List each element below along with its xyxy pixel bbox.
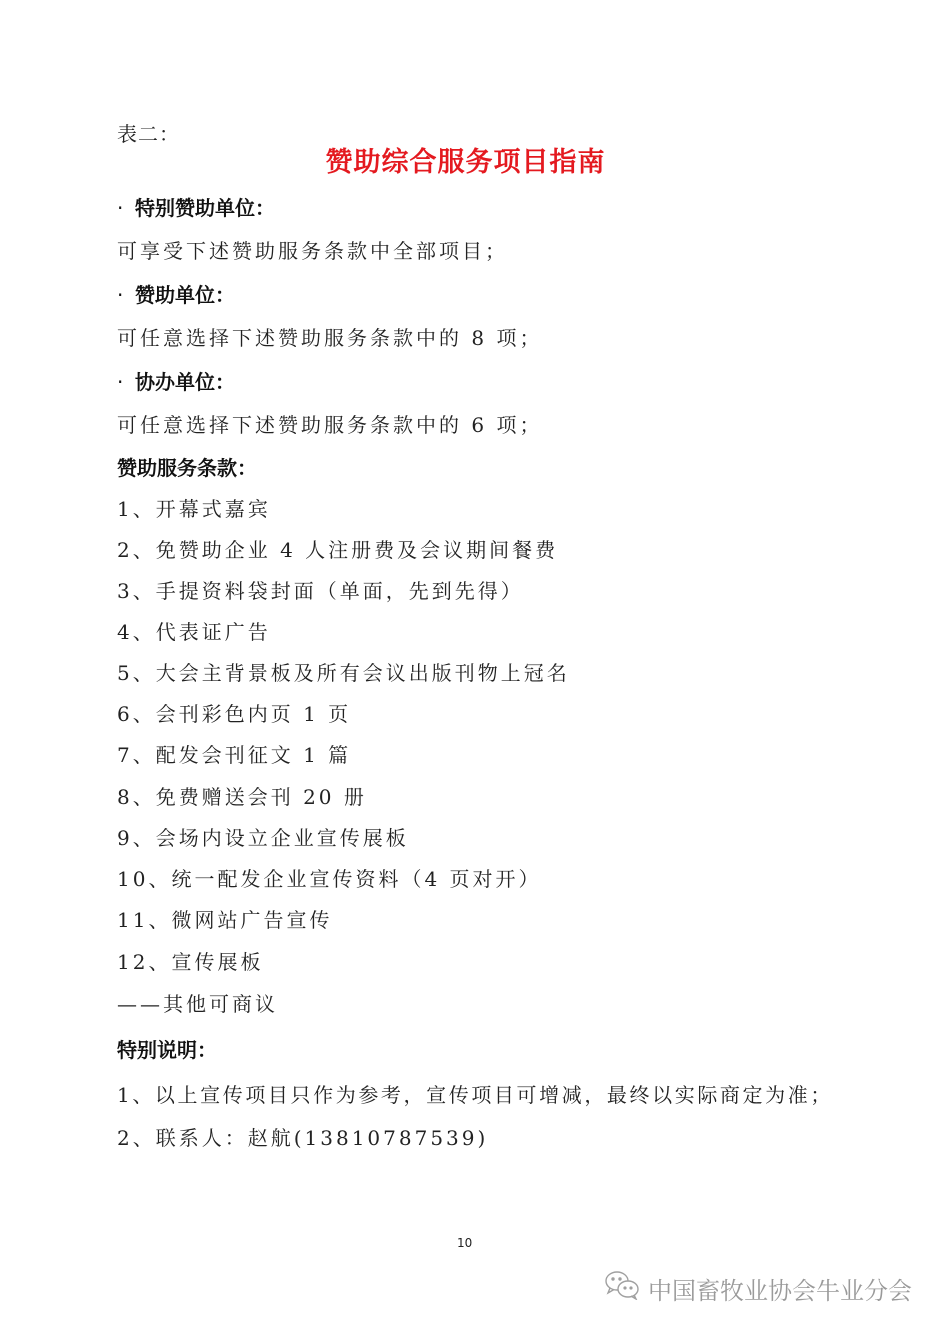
- term-item: 12、宣传展板: [117, 950, 263, 974]
- term-item: 10、统一配发企业宣传资料（4 页对开）: [117, 867, 542, 891]
- note-item-contact: 2、联系人：赵航(13810787539): [117, 1126, 488, 1150]
- watermark-text: 中国畜牧业协会牛业分会: [648, 1271, 912, 1306]
- tier-description-co-organizer: 可任意选择下述赞助服务条款中的 6 项；: [117, 413, 542, 437]
- document-page: 表二： 赞助综合服务项目指南 ·特别赞助单位： 可享受下述赞助服务条款中全部项目…: [0, 0, 926, 1329]
- watermark: 中国畜牧业协会牛业分会: [604, 1268, 912, 1308]
- tier-heading-co-organizer: ·协办单位：: [117, 370, 235, 394]
- term-item: 4、代表证广告: [117, 620, 271, 644]
- tier-heading-special-sponsor: ·特别赞助单位：: [117, 196, 275, 220]
- term-item: 7、配发会刊征文 1 篇: [117, 743, 351, 767]
- page-number: 10: [457, 1236, 472, 1250]
- bullet: ·: [117, 196, 135, 220]
- document-title: 赞助综合服务项目指南: [0, 146, 926, 180]
- term-item: 8、免费赠送会刊 20 册: [117, 785, 367, 809]
- tier-description-special-sponsor: 可享受下述赞助服务条款中全部项目；: [117, 239, 508, 263]
- table-label: 表二：: [117, 118, 180, 147]
- tier-description-sponsor: 可任意选择下述赞助服务条款中的 8 项；: [117, 326, 542, 350]
- term-item: 5、大会主背景板及所有会议出版刊物上冠名: [117, 661, 570, 685]
- wechat-icon: [604, 1270, 648, 1306]
- term-item: 2、免赞助企业 4 人注册费及会议期间餐费: [117, 538, 558, 562]
- terms-heading: 赞助服务条款：: [117, 456, 257, 480]
- term-item-other: ——其他可商议: [117, 992, 278, 1016]
- bullet: ·: [117, 283, 135, 307]
- term-item: 1、开幕式嘉宾: [117, 497, 271, 521]
- term-item: 11、微网站广告宣传: [117, 908, 332, 932]
- tier-heading-text: 协办单位：: [135, 370, 235, 394]
- note-item: 1、以上宣传项目只作为参考，宣传项目可增减，最终以实际商定为准；: [117, 1083, 833, 1107]
- term-item: 3、手提资料袋封面（单面，先到先得）: [117, 579, 524, 603]
- term-item: 9、会场内设立企业宣传展板: [117, 826, 409, 850]
- tier-heading-text: 特别赞助单位：: [135, 196, 275, 220]
- tier-heading-text: 赞助单位：: [135, 283, 235, 307]
- tier-heading-sponsor: ·赞助单位：: [117, 283, 235, 307]
- term-item: 6、会刊彩色内页 1 页: [117, 702, 351, 726]
- bullet: ·: [117, 370, 135, 394]
- notes-heading: 特别说明：: [117, 1038, 217, 1062]
